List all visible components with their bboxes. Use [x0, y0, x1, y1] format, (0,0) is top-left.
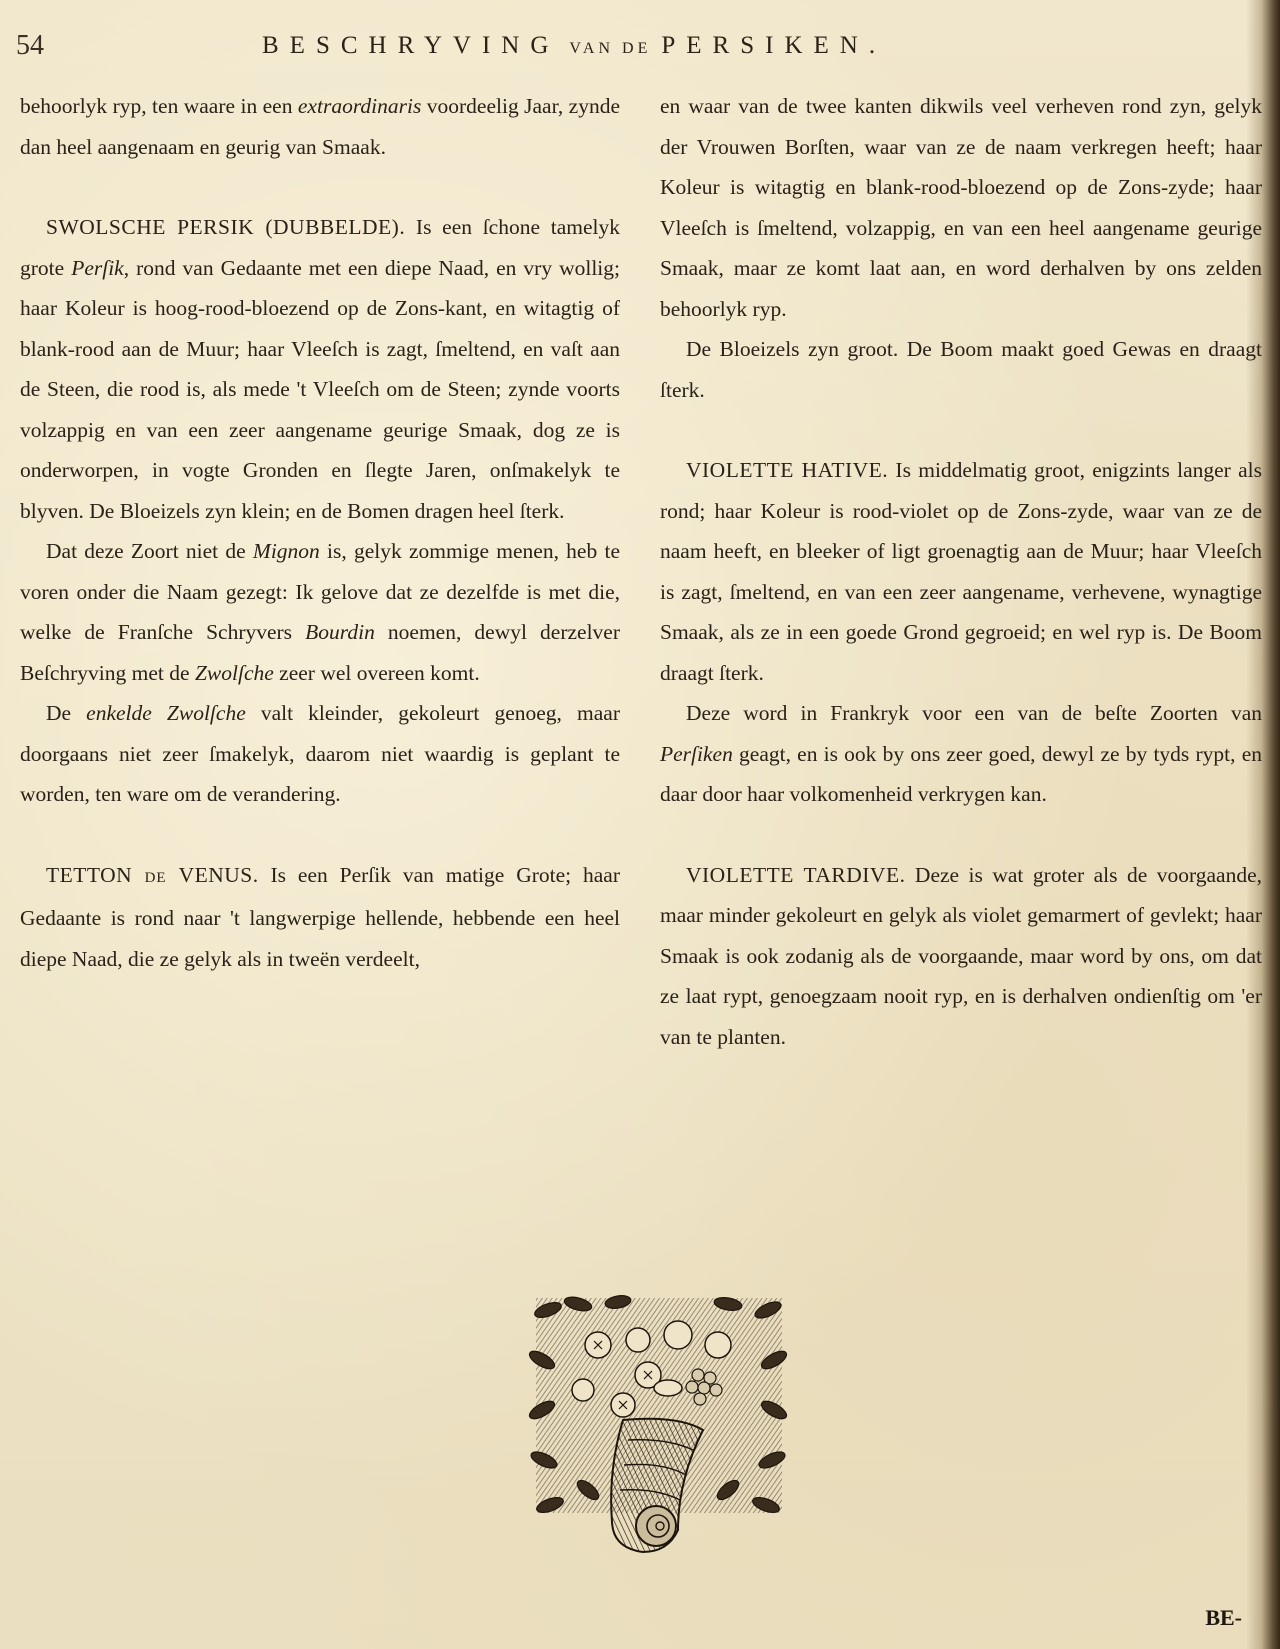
entry-violette-tardive: VIOLETTE TARDIVE. Deze is wat groter als…	[660, 855, 1262, 1058]
italic-term: Perſiken	[660, 742, 733, 766]
right-column: en waar van de twee kanten dikwils veel …	[660, 86, 1262, 1057]
running-title-part1: BESCHRYVING	[262, 32, 559, 59]
italic-term: enkelde Zwolſche	[86, 701, 246, 725]
running-title-part2: VAN DE	[569, 40, 651, 57]
cornucopia-woodcut-icon	[528, 1290, 790, 1560]
left-column: behoorlyk ryp, ten waare in een extraord…	[20, 86, 620, 979]
paragraph-continuation: behoorlyk ryp, ten waare in een extraord…	[20, 86, 620, 167]
italic-term: Bourdin	[305, 620, 375, 644]
entry-heading: VIOLETTE HATIVE.	[686, 458, 888, 482]
running-title: BESCHRYVINGVAN DEPERSIKEN.	[262, 32, 886, 60]
running-head: 54 BESCHRYVINGVAN DEPERSIKEN.	[0, 28, 1280, 68]
italic-term: extraordinaris	[298, 94, 421, 118]
paragraph-continuation: en waar van de twee kanten dikwils veel …	[660, 86, 1262, 329]
entry-tetton-de-venus: TETTON DE VENUS. Is een Perſik van matig…	[20, 855, 620, 980]
entry-violette-hative: VIOLETTE HATIVE. Is middelmatig groot, e…	[660, 450, 1262, 693]
italic-term: Mignon	[253, 539, 320, 563]
paragraph-frankryk: Deze word in Frankryk voor een van de be…	[660, 693, 1262, 815]
running-title-part3: PERSIKEN.	[661, 32, 886, 59]
italic-term: Perſik	[71, 256, 124, 280]
entry-swolsche-persik: SWOLSCHE PERSIK (DUBBELDE). Is een ſchon…	[20, 207, 620, 531]
catchword: BE-	[1205, 1605, 1242, 1631]
paragraph-enkelde-zwolsche: De enkelde Zwolſche valt kleinder, gekol…	[20, 693, 620, 815]
italic-term: Zwolſche	[195, 661, 274, 685]
paragraph-bloeizels: De Bloeizels zyn groot. De Boom maakt go…	[660, 329, 1262, 410]
entry-heading: TETTON DE VENUS.	[46, 863, 259, 887]
book-page: 54 BESCHRYVINGVAN DEPERSIKEN. behoorlyk …	[0, 0, 1280, 1649]
page-number: 54	[16, 30, 44, 62]
entry-heading: VIOLETTE TARDIVE.	[686, 863, 905, 887]
paragraph-mignon: Dat deze Zoort niet de Mignon is, gelyk …	[20, 531, 620, 693]
entry-heading: SWOLSCHE PERSIK (DUBBELDE).	[46, 215, 405, 239]
